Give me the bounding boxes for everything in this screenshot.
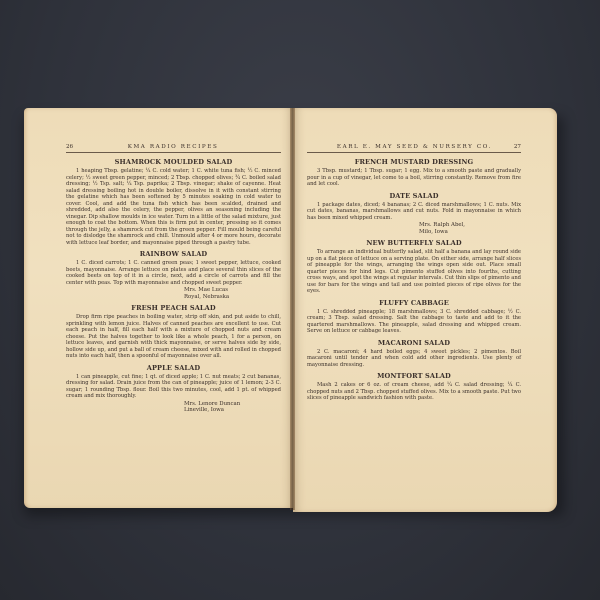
recipe-title: APPLE SALAD: [66, 364, 281, 372]
recipe-body: 1 C. shredded pineapple; 18 marshmallows…: [307, 309, 521, 335]
recipe-title: FLUFFY CABBAGE: [307, 299, 521, 307]
running-head-title: KMA RADIO RECIPES: [128, 144, 219, 150]
running-head-title: EARL E. MAY SEED & NURSERY CO.: [337, 144, 492, 150]
recipe-title: MACARONI SALAD: [307, 339, 521, 347]
recipe-title: RAINBOW SALAD: [66, 250, 281, 258]
page-number: 27: [514, 144, 521, 150]
book-gutter: [290, 108, 295, 510]
recipe-body: Drop firm ripe peaches in boiling water,…: [66, 314, 281, 360]
recipe-signature: Mrs. Mae LucasRoyal, Nebraska: [184, 287, 281, 300]
recipe-title: FRENCH MUSTARD DRESSING: [307, 158, 521, 166]
left-page: 26 KMA RADIO RECIPES SHAMROCK MOULDED SA…: [24, 108, 293, 508]
running-head-right: EARL E. MAY SEED & NURSERY CO. 27: [307, 144, 521, 153]
recipe-body: 1 heaping Tbsp. gelatine; ¼ C. cold wate…: [66, 168, 281, 246]
recipe-body: To arrange an individual butterfly salad…: [307, 249, 521, 295]
right-page: EARL E. MAY SEED & NURSERY CO. 27 FRENCH…: [293, 108, 557, 512]
contributor-name: Mrs. Ralph Abel,: [419, 222, 521, 229]
recipe-signature: Mrs. Lenore DuncanLineville, Iowa: [184, 401, 281, 414]
page-number: 26: [66, 144, 73, 150]
contributor-name: Mrs. Mae Lucas: [184, 287, 281, 294]
recipe-body: 1 can pineapple, cut fine; 1 qt. of dice…: [66, 374, 281, 400]
recipe-signature: Mrs. Ralph Abel,Milo, Iowa: [419, 222, 521, 235]
contributor-location: Milo, Iowa: [419, 229, 521, 236]
contributor-location: Lineville, Iowa: [184, 407, 281, 414]
recipe-title: DATE SALAD: [307, 192, 521, 200]
recipe-list: FRENCH MUSTARD DRESSING3 Tbsp. mustard; …: [307, 158, 521, 402]
recipe-body: 1 C. diced carrots; 1 C. canned green pe…: [66, 260, 281, 286]
recipe-list: SHAMROCK MOULDED SALAD1 heaping Tbsp. ge…: [66, 158, 281, 414]
running-head-left: 26 KMA RADIO RECIPES: [66, 144, 281, 153]
recipe-body: 2 C. macaroni; 4 hard boiled eggs; 4 swe…: [307, 349, 521, 369]
contributor-name: Mrs. Lenore Duncan: [184, 401, 281, 408]
contributor-location: Royal, Nebraska: [184, 294, 281, 301]
recipe-title: SHAMROCK MOULDED SALAD: [66, 158, 281, 166]
recipe-body: 1 package dates, diced; 4 bananas; 2 C. …: [307, 202, 521, 222]
recipe-title: MONTFORT SALAD: [307, 372, 521, 380]
recipe-title: NEW BUTTERFLY SALAD: [307, 239, 521, 247]
recipe-title: FRESH PEACH SALAD: [66, 304, 281, 312]
recipe-body: 3 Tbsp. mustard; 1 Tbsp. sugar; 1 egg. M…: [307, 168, 521, 188]
recipe-body: Mash 2 cakes or 6 oz. of cream cheese, a…: [307, 382, 521, 402]
